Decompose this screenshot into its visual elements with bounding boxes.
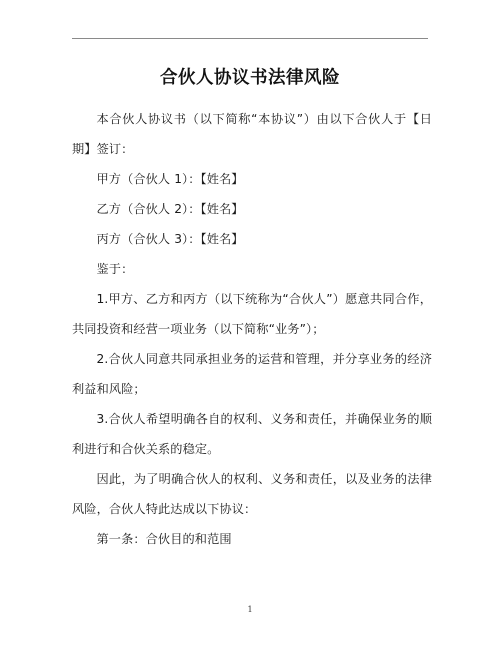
document-body: 本合伙人协议书（以下简称“本协议”）由以下合伙人于【日期】签订： 甲方（合伙人 …: [72, 104, 432, 554]
recital-3: 3.合伙人希望明确各自的权利、义务和责任，并确保业务的顺利进行和合伙关系的稳定。: [72, 404, 432, 464]
intro-paragraph: 本合伙人协议书（以下简称“本协议”）由以下合伙人于【日期】签订：: [72, 104, 432, 164]
agreement-statement: 因此，为了明确合伙人的权利、义务和责任，以及业务的法律风险，合伙人特此达成以下协…: [72, 464, 432, 524]
party-a-line: 甲方（合伙人 1）：【姓名】: [72, 164, 432, 194]
party-c-line: 丙方（合伙人 3）：【姓名】: [72, 224, 432, 254]
whereas-heading: 鉴于：: [72, 254, 432, 284]
page-number: 1: [0, 605, 500, 614]
recital-1: 1.甲方、乙方和丙方（以下统称为“合伙人”）愿意共同合作，共同投资和经营一项业务…: [72, 284, 432, 344]
party-b-line: 乙方（合伙人 2）：【姓名】: [72, 194, 432, 224]
document-page: 合伙人协议书法律风险 本合伙人协议书（以下简称“本协议”）由以下合伙人于【日期】…: [0, 0, 500, 647]
header-rule: [72, 38, 428, 39]
recital-2: 2.合伙人同意共同承担业务的运营和管理，并分享业务的经济利益和风险；: [72, 344, 432, 404]
article-1-heading: 第一条：合伙目的和范围: [72, 524, 432, 554]
document-title: 合伙人协议书法律风险: [0, 64, 500, 89]
